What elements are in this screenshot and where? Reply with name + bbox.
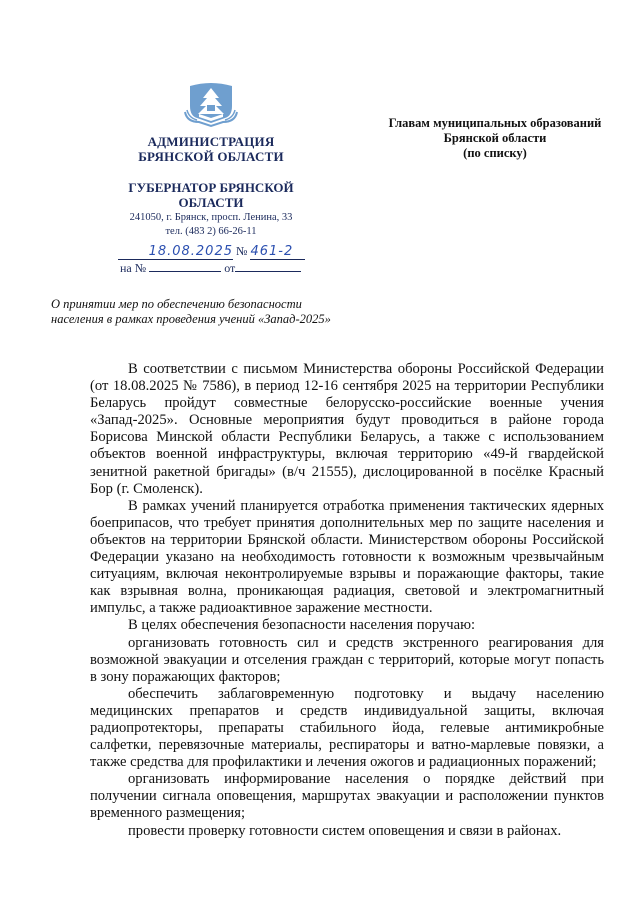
addressee-line-2: Брянской области [384, 131, 606, 146]
registration-date: 18.08.2025 [149, 244, 233, 259]
instruction-item: организовать информирование населения о … [90, 771, 604, 822]
gov-line-2: ОБЛАСТИ [100, 195, 322, 210]
registration-number-field: 461-2 [250, 244, 305, 260]
gov-line-1: ГУБЕРНАТОР БРЯНСКОЙ [100, 180, 322, 195]
number-label: № [236, 244, 247, 258]
governor-title: ГУБЕРНАТОР БРЯНСКОЙ ОБЛАСТИ [100, 180, 322, 210]
subject-line-2: населения в рамках проведения учений «За… [51, 312, 411, 327]
org-line-2: БРЯНСКОЙ ОБЛАСТИ [100, 149, 322, 164]
ref-from-label: от [224, 261, 235, 275]
ref-date-blank [235, 260, 301, 272]
instruction-item: обеспечить заблаговременную подготовку и… [90, 686, 604, 771]
registration-number: 461-2 [250, 244, 293, 259]
body-paragraph: В рамках учений планируется отработка пр… [90, 498, 604, 618]
addressee-line-1: Главам муниципальных образований [384, 116, 606, 131]
body-paragraph: В соответствии с письмом Министерства об… [90, 361, 604, 498]
instruction-item: провести проверку готовности систем опов… [90, 823, 604, 840]
organization-name: АДМИНИСТРАЦИЯ БРЯНСКОЙ ОБЛАСТИ [100, 134, 322, 164]
registration-date-field: 18.08.2025 [118, 244, 233, 260]
letter-subject: О принятии мер по обеспечению безопаснос… [51, 297, 411, 327]
letter-body: В соответствии с письмом Министерства об… [90, 361, 604, 840]
postal-address: 241050, г. Брянск, просп. Ленина, 33 [100, 211, 322, 224]
bryansk-coat-of-arms-icon [181, 70, 241, 128]
addressee-line-3: (по списку) [384, 146, 606, 161]
phone-number: тел. (483 2) 66-26-11 [100, 225, 322, 238]
letterhead: АДМИНИСТРАЦИЯ БРЯНСКОЙ ОБЛАСТИ ГУБЕРНАТО… [100, 70, 322, 238]
org-line-1: АДМИНИСТРАЦИЯ [100, 134, 322, 149]
body-paragraph: В целях обеспечения безопасности населен… [90, 617, 604, 634]
subject-line-1: О принятии мер по обеспечению безопаснос… [51, 297, 411, 312]
ref-number-label: на № [120, 261, 146, 275]
reference-line: на № от [120, 260, 310, 276]
instruction-item: организовать готовность сил и средств эк… [90, 635, 604, 686]
ref-number-blank [149, 260, 221, 272]
addressee-block: Главам муниципальных образований Брянско… [384, 116, 606, 161]
